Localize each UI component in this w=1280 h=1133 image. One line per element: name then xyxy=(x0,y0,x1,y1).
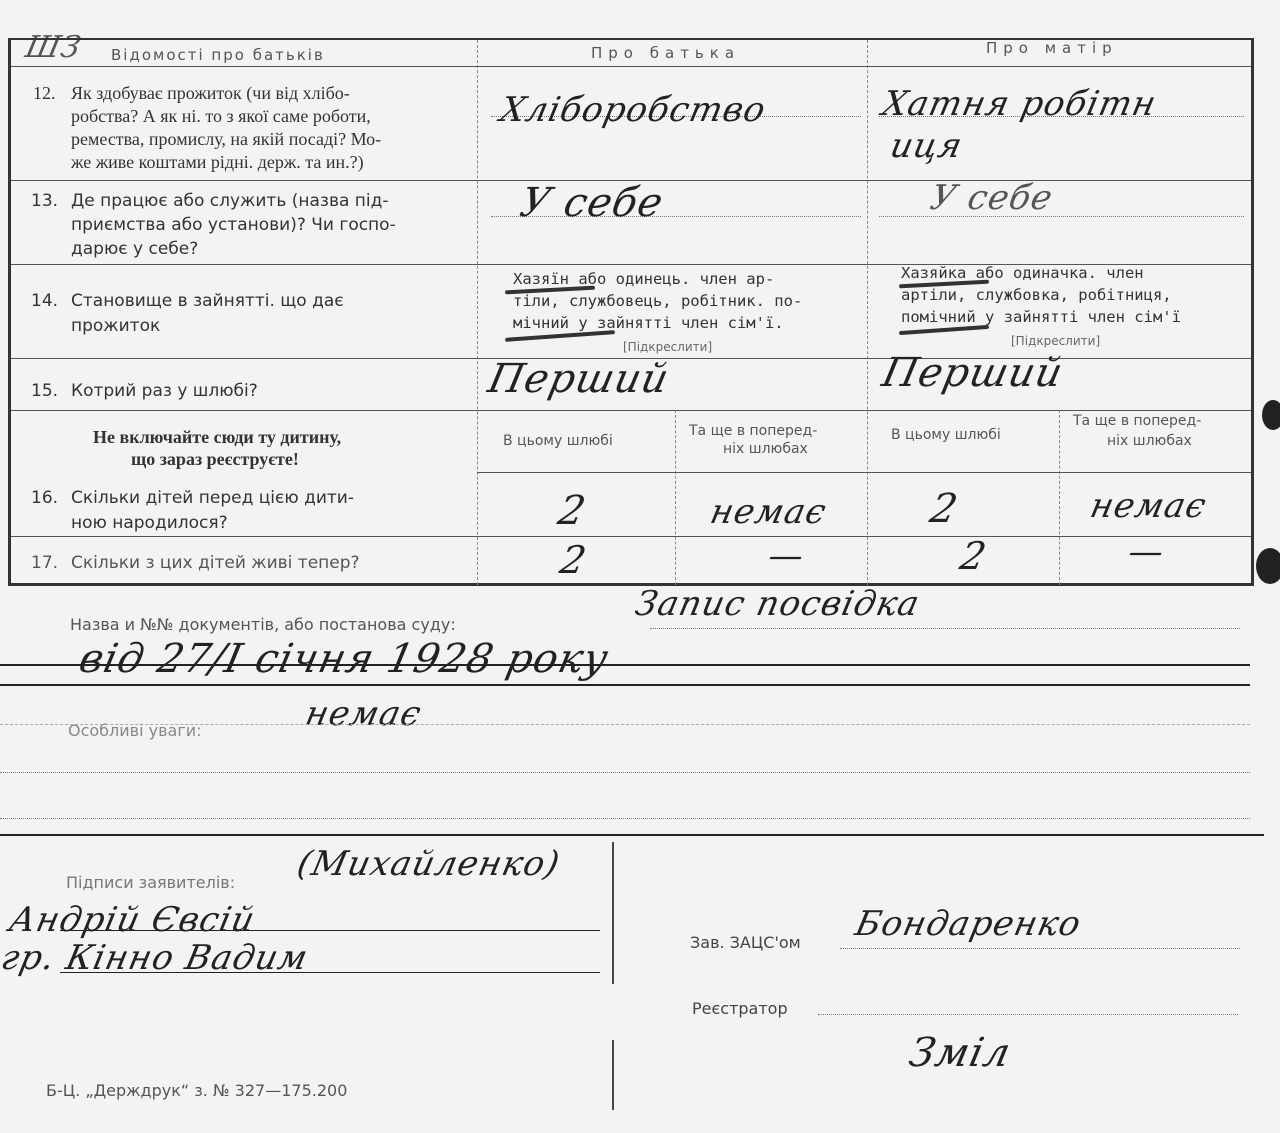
registrar-label: Реєстратор xyxy=(692,998,788,1020)
registrar-signature: Зміл xyxy=(905,1030,1015,1076)
q17-father-this-marriage: 2 xyxy=(556,538,591,582)
q16-mother-prev-marriages: немає xyxy=(1087,486,1211,526)
q14-father-options-3: мічний у зайнятті член сім'ї. xyxy=(513,312,784,334)
header-about-father: Про батька xyxy=(591,42,740,64)
q17-father-prev-marriages: — xyxy=(765,536,809,576)
printer-imprint: Б-Ц. „Держдрук“ з. № 327—175.200 xyxy=(46,1080,347,1102)
ink-blot xyxy=(1262,400,1280,430)
mother-this-marriage-header: В цьому шлюбі xyxy=(891,424,1001,446)
q14-mother-options-3: помічний у зайнятті член сім'ї xyxy=(901,306,1181,328)
ink-blot xyxy=(1256,548,1280,584)
documents-label: Назва и №№ документів, або постанова суд… xyxy=(70,614,456,636)
applicants-signatures-label: Підписи заявителів: xyxy=(66,872,235,894)
q12-mother-answer-line2: иця xyxy=(887,126,967,166)
father-this-marriage-header: В цьому шлюбі xyxy=(503,430,613,452)
q14-father-options-2: тіли, службовець, робітник. по- xyxy=(513,290,802,312)
mother-prev-marriages-header-2: ніх шлюбах xyxy=(1107,430,1192,452)
head-registry-signature: Бондаренко xyxy=(852,904,1085,944)
q14-mother-options-1: Хазяйка або одиначка. член xyxy=(901,262,1144,284)
father-prev-marriages-header-2: ніх шлюбах xyxy=(723,438,808,460)
q14-father-options-1: Хазяїн або одинець. член ар- xyxy=(513,268,774,290)
parents-info-table: Відомості про батьків Про батька Про мат… xyxy=(8,38,1254,586)
mother-prev-marriages-header-1: Та ще в поперед- xyxy=(1073,410,1201,432)
q14-mother-options-2: артіли, службовка, робітниця, xyxy=(901,284,1172,306)
q16-mother-this-marriage: 2 xyxy=(926,486,962,532)
applicant-signature-2: Андрій Євсій xyxy=(6,900,259,940)
q14-mother-hint: [Підкреслити] xyxy=(1011,330,1100,352)
applicant-signature-1: (Михайленко) xyxy=(294,844,564,884)
q13-mother-answer: У себе xyxy=(927,178,1057,218)
documents-answer-line1: Запис посвідка xyxy=(632,584,924,624)
header-about-mother: Про матір xyxy=(986,37,1118,59)
q12-mother-answer-line1: Хатня робітн xyxy=(879,84,1160,124)
q16-father-this-marriage: 2 xyxy=(554,488,590,534)
q17-mother-this-marriage: 2 xyxy=(956,534,991,578)
q16-father-prev-marriages: немає xyxy=(707,492,831,532)
q17-mother-prev-marriages: — xyxy=(1125,532,1169,572)
registry-form-page: ШЗ Відомості про батьків Про батька Про … xyxy=(0,0,1280,1133)
documents-answer-line2: від 27/I січня 1928 року xyxy=(75,636,613,682)
remarks-answer: немає xyxy=(302,694,426,734)
note-line1: Не включайте сюди ту дитину, xyxy=(93,426,341,448)
q13-father-answer: У себе xyxy=(516,180,668,226)
q15-father-answer: Перший xyxy=(484,356,673,402)
header-parents-info: Відомості про батьків xyxy=(111,44,325,66)
q12-father-answer: Хліборобство xyxy=(497,90,770,130)
q14-father-hint: [Підкреслити] xyxy=(623,336,712,358)
q15-mother-answer: Перший xyxy=(878,350,1067,396)
head-registry-label: Зав. ЗАЦС'ом xyxy=(690,932,801,954)
note-line2: що зараз реєструєте! xyxy=(131,448,299,470)
